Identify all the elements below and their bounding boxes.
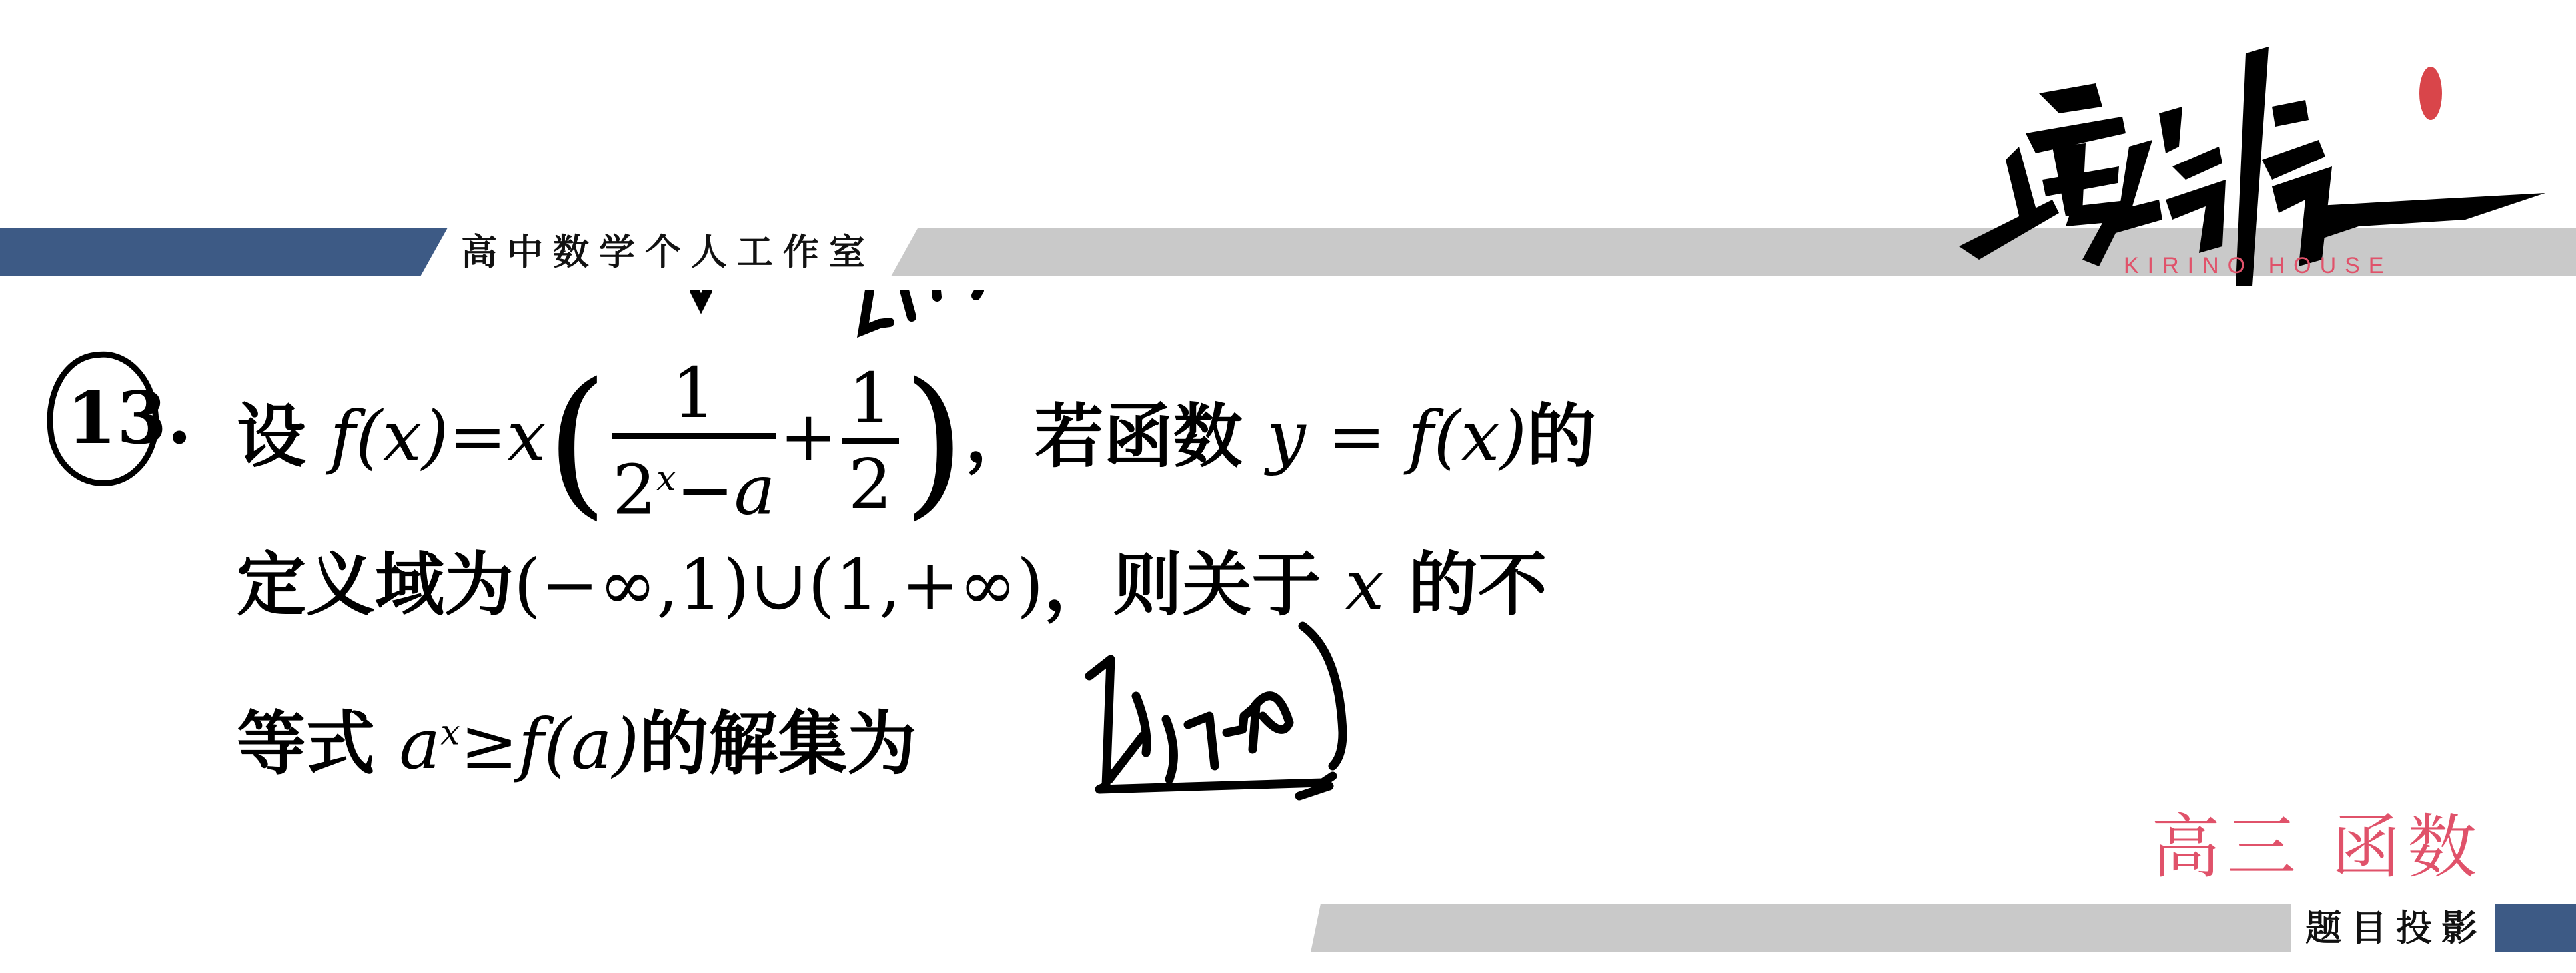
- problem-text: 的解集为: [639, 703, 916, 785]
- fraction-numerator: 1: [842, 358, 899, 444]
- logo-subtitle: KIRINO HOUSE: [2124, 253, 2392, 279]
- question-number: 13.: [67, 365, 192, 472]
- math-y-expr: y = f(x): [1267, 396, 1527, 477]
- handwritten-answer: [1066, 599, 1573, 826]
- problem-text: ，若函数: [966, 396, 1243, 477]
- problem-line-3: 等式 ax≥f(a)的解集为: [237, 686, 916, 791]
- footer-label: 题目投影: [2305, 904, 2487, 952]
- left-paren: (: [546, 348, 608, 535]
- problem-text: 定义域为: [237, 544, 514, 625]
- fraction-2: 12: [842, 358, 899, 524]
- studio-title: 高中数学个人工作室: [461, 229, 875, 276]
- math-fx: f(x): [330, 396, 448, 477]
- equals-sign: =: [449, 396, 507, 477]
- fraction-1: 12x−a: [612, 353, 776, 530]
- fraction-numerator: 1: [612, 353, 776, 439]
- brand-logo: [1959, 47, 2545, 286]
- seal-mark-icon: [2419, 67, 2442, 120]
- footer-band-gray: [1311, 904, 2291, 952]
- problem-text: 设: [237, 396, 306, 477]
- plus-sign: +: [780, 396, 838, 477]
- footer-band-blue: [2495, 904, 2576, 952]
- math-domain: (−∞,1)∪(1,+∞): [514, 544, 1043, 625]
- handwriting-icon: [1066, 599, 1573, 826]
- right-paren: ): [903, 348, 966, 535]
- problem-text: 等式: [237, 703, 375, 785]
- calligraphy-logo-icon: [1959, 47, 2545, 286]
- fraction-denominator: 2x−a: [612, 439, 776, 530]
- header-band-blue: [0, 228, 448, 276]
- problem-line-1: 设 f(x)=x(12x−a+12)，若函数 y = f(x)的: [237, 353, 1596, 530]
- math-x: x: [507, 396, 546, 477]
- problem-text: 的: [1527, 396, 1596, 477]
- fraction-denominator: 2: [842, 444, 899, 524]
- math-inequality: ax≥f(a): [399, 703, 639, 785]
- handwriting-scraps: [666, 290, 1666, 350]
- topic-label: 高三 函数: [2151, 807, 2483, 887]
